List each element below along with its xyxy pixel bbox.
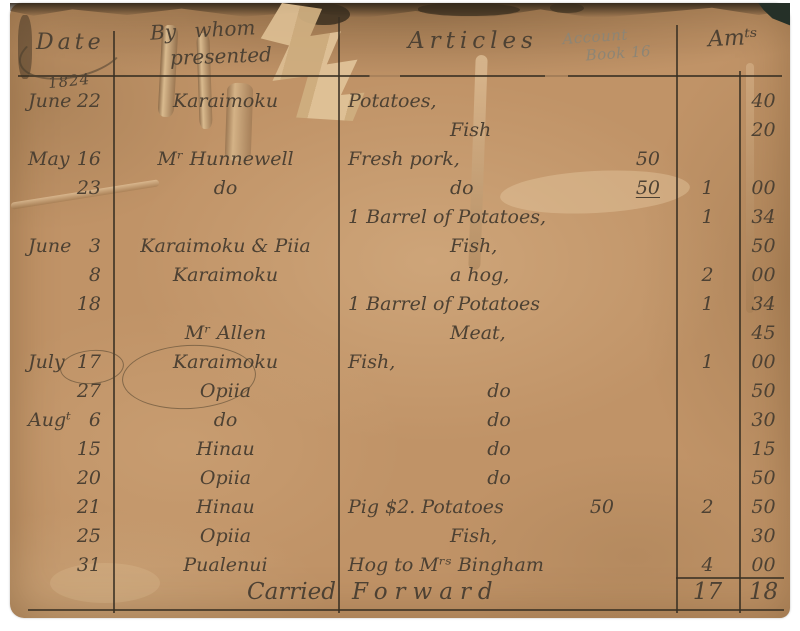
- entry-article-cell: Potatoes,: [338, 86, 676, 115]
- entry-article-cell: Fish,: [338, 347, 676, 376]
- archival-note: Account Book 16: [562, 24, 652, 66]
- entry-dollars: 1: [676, 347, 739, 376]
- entry-article-cell: do: [338, 376, 676, 405]
- carried-forward-row: Carried Forward 17 18: [14, 576, 788, 607]
- header-underline: [18, 75, 782, 77]
- entry-presenter: [113, 115, 338, 144]
- entry-date-day: 23: [77, 177, 101, 199]
- entry-date-day: 21: [77, 496, 101, 518]
- entry-dollars: 1: [676, 173, 739, 202]
- entry-cents: 00: [739, 347, 788, 376]
- entry-date: 31: [14, 550, 113, 579]
- entry-article-cell: Hog to Mʳˢ Bingham: [338, 550, 676, 579]
- entry-date-day: 16: [77, 148, 101, 170]
- entry-date: [14, 318, 113, 347]
- entry-date: 23: [14, 173, 113, 202]
- entry-dollars: [676, 521, 739, 550]
- entry-date: Augᵗ 6: [14, 405, 113, 434]
- ledger-row: Fish 20: [14, 115, 788, 144]
- entry-presenter: [113, 202, 338, 231]
- ledger-row: 31 Pualenui Hog to Mʳˢ Bingham 4 00: [14, 550, 788, 579]
- entry-presenter: do: [113, 405, 338, 434]
- entry-date: 18: [14, 289, 113, 318]
- ledger-rows: June 22 Karaimoku Potatoes, 40 Fish 20: [14, 86, 788, 579]
- entry-dollars: 2: [676, 492, 739, 521]
- column-header-amount: Amᵗˢ: [707, 25, 758, 53]
- entry-date: 25: [14, 521, 113, 550]
- entry-date: 21: [14, 492, 113, 521]
- entry-date-day: 15: [77, 438, 101, 460]
- entry-date: [14, 115, 113, 144]
- entry-date-month: May: [28, 148, 70, 170]
- entry-article: do: [487, 438, 511, 460]
- entry-dollars: [676, 86, 739, 115]
- document-scan: Date By whom presented Articles Amᵗˢ Acc…: [0, 0, 800, 631]
- entry-presenter: Pualenui: [113, 550, 338, 579]
- entry-subamount: 50: [636, 148, 676, 170]
- entry-date-day: 18: [77, 293, 101, 315]
- total-dollars: 17: [676, 576, 739, 607]
- entry-cents: 30: [739, 521, 788, 550]
- ledger-row: June 3 Karaimoku & Piia Fish, 50: [14, 231, 788, 260]
- entry-date: June 22: [14, 86, 113, 115]
- entry-article-cell: do: [338, 434, 676, 463]
- entry-article: Fresh pork,: [348, 148, 460, 170]
- entry-presenter: Hinau: [113, 434, 338, 463]
- entry-date: June 3: [14, 231, 113, 260]
- entry-dollars: 1: [676, 289, 739, 318]
- ledger-row: 15 Hinau do 15: [14, 434, 788, 463]
- entry-cents: 50: [739, 376, 788, 405]
- entry-article: Potatoes,: [348, 90, 437, 112]
- entry-date: 20: [14, 463, 113, 492]
- entry-dollars: [676, 231, 739, 260]
- entry-cents: 45: [739, 318, 788, 347]
- entry-presenter: Mʳ Allen: [113, 318, 338, 347]
- entry-article: a hog,: [348, 264, 509, 286]
- entry-article: 1 Barrel of Potatoes: [348, 293, 540, 315]
- entry-dollars: [676, 318, 739, 347]
- column-header-presenter-line2: presented: [170, 42, 273, 70]
- ink-stain: [550, 3, 584, 13]
- entry-cents: 50: [739, 231, 788, 260]
- entry-cents: 20: [739, 115, 788, 144]
- ledger-row: May 16 Mʳ Hunnewell Fresh pork, 50: [14, 144, 788, 173]
- ledger-row: 25 Opiia Fish, 30: [14, 521, 788, 550]
- torn-top-edge: [10, 3, 790, 19]
- entry-date-day: 22: [77, 90, 101, 112]
- entry-date-day: 31: [77, 554, 101, 576]
- entry-article: 1 Barrel of Potatoes,: [348, 206, 546, 228]
- entry-article-cell: do: [338, 405, 676, 434]
- forward-label: Forward: [338, 576, 676, 607]
- entry-dollars: 1: [676, 202, 739, 231]
- entry-date: 8: [14, 260, 113, 289]
- column-header-date: Date: [36, 30, 105, 55]
- entry-dollars: 2: [676, 260, 739, 289]
- entry-article-cell: Meat,: [338, 318, 676, 347]
- entry-article-cell: Fish,: [338, 231, 676, 260]
- entry-article-cell: Fresh pork, 50: [338, 144, 676, 173]
- entry-article-cell: a hog,: [338, 260, 676, 289]
- entry-cents: 34: [739, 289, 788, 318]
- entry-article: Meat,: [348, 322, 506, 344]
- bottom-line: [28, 609, 784, 611]
- entry-date-month: June: [28, 235, 71, 257]
- carried-label: Carried: [113, 576, 338, 607]
- entry-article-cell: do 50: [338, 173, 676, 202]
- entry-article: Pig $2. Potatoes: [348, 496, 504, 518]
- entry-date: 15: [14, 434, 113, 463]
- entry-dollars: [676, 144, 739, 173]
- entry-article: do: [487, 409, 511, 431]
- entry-date: [14, 202, 113, 231]
- entry-presenter: Karaimoku: [113, 260, 338, 289]
- entry-article-cell: 1 Barrel of Potatoes: [338, 289, 676, 318]
- total-cents: 18: [739, 576, 788, 607]
- entry-dollars: [676, 434, 739, 463]
- entry-cents: 00: [739, 260, 788, 289]
- ledger-row: 20 Opiia do 50: [14, 463, 788, 492]
- ledger-row: 23 do do 50 1 00: [14, 173, 788, 202]
- entry-presenter: Hinau: [113, 492, 338, 521]
- entry-cents: 00: [739, 550, 788, 579]
- entry-presenter: do: [113, 173, 338, 202]
- entry-date-day: 8: [89, 264, 101, 286]
- entry-article: do: [487, 467, 511, 489]
- entry-date: May 16: [14, 144, 113, 173]
- entry-dollars: [676, 463, 739, 492]
- entry-article: Fish,: [348, 235, 497, 257]
- ink-stain: [418, 3, 520, 16]
- entry-date-month: June: [28, 90, 71, 112]
- ledger-row: 1 Barrel of Potatoes, 1 34: [14, 202, 788, 231]
- entry-dollars: [676, 405, 739, 434]
- entry-presenter: [113, 289, 338, 318]
- entry-cents: 50: [739, 492, 788, 521]
- entry-presenter: Karaimoku & Piia: [113, 231, 338, 260]
- entry-article: Hog to Mʳˢ Bingham: [348, 554, 544, 576]
- entry-article-cell: Fish,: [338, 521, 676, 550]
- entry-presenter: Karaimoku: [113, 86, 338, 115]
- entry-article: do: [348, 177, 474, 199]
- ledger-row: 18 1 Barrel of Potatoes 1 34: [14, 289, 788, 318]
- ledger-row: Augᵗ 6 do do 30: [14, 405, 788, 434]
- entry-cents: 15: [739, 434, 788, 463]
- entry-cents: 40: [739, 86, 788, 115]
- entry-dollars: 4: [676, 550, 739, 579]
- entry-presenter: Opiia: [113, 463, 338, 492]
- entry-cents: 50: [739, 463, 788, 492]
- entry-date-day: 25: [77, 525, 101, 547]
- entry-article-cell: Pig $2. Potatoes 50: [338, 492, 676, 521]
- entry-presenter: Opiia: [113, 521, 338, 550]
- entry-cents: [739, 144, 788, 173]
- entry-article: Fish: [348, 119, 491, 141]
- entry-subamount: 50: [636, 177, 676, 199]
- entry-date-day: 6: [89, 409, 101, 431]
- column-header-articles: Articles: [408, 28, 538, 54]
- entry-article-cell: Fish: [338, 115, 676, 144]
- ledger-row: 21 Hinau Pig $2. Potatoes 50 2 50: [14, 492, 788, 521]
- entry-date-month: Augᵗ: [28, 409, 71, 431]
- entry-date-day: 3: [89, 235, 101, 257]
- entry-article: Fish,: [348, 525, 497, 547]
- entry-article: do: [487, 380, 511, 402]
- entry-cents: 30: [739, 405, 788, 434]
- entry-dollars: [676, 376, 739, 405]
- ledger-row: 8 Karaimoku a hog, 2 00: [14, 260, 788, 289]
- entry-cents: 34: [739, 202, 788, 231]
- ledger-row: June 22 Karaimoku Potatoes, 40: [14, 86, 788, 115]
- entry-date-day: 20: [77, 467, 101, 489]
- ledger-row: Mʳ Allen Meat, 45: [14, 318, 788, 347]
- entry-dollars: [676, 115, 739, 144]
- spacer: [14, 576, 113, 607]
- entry-article-cell: do: [338, 463, 676, 492]
- entry-presenter: Mʳ Hunnewell: [113, 144, 338, 173]
- entry-article-cell: 1 Barrel of Potatoes,: [338, 202, 676, 231]
- entry-subamount: 50: [590, 496, 630, 518]
- entry-cents: 00: [739, 173, 788, 202]
- entry-article: Fish,: [348, 351, 395, 373]
